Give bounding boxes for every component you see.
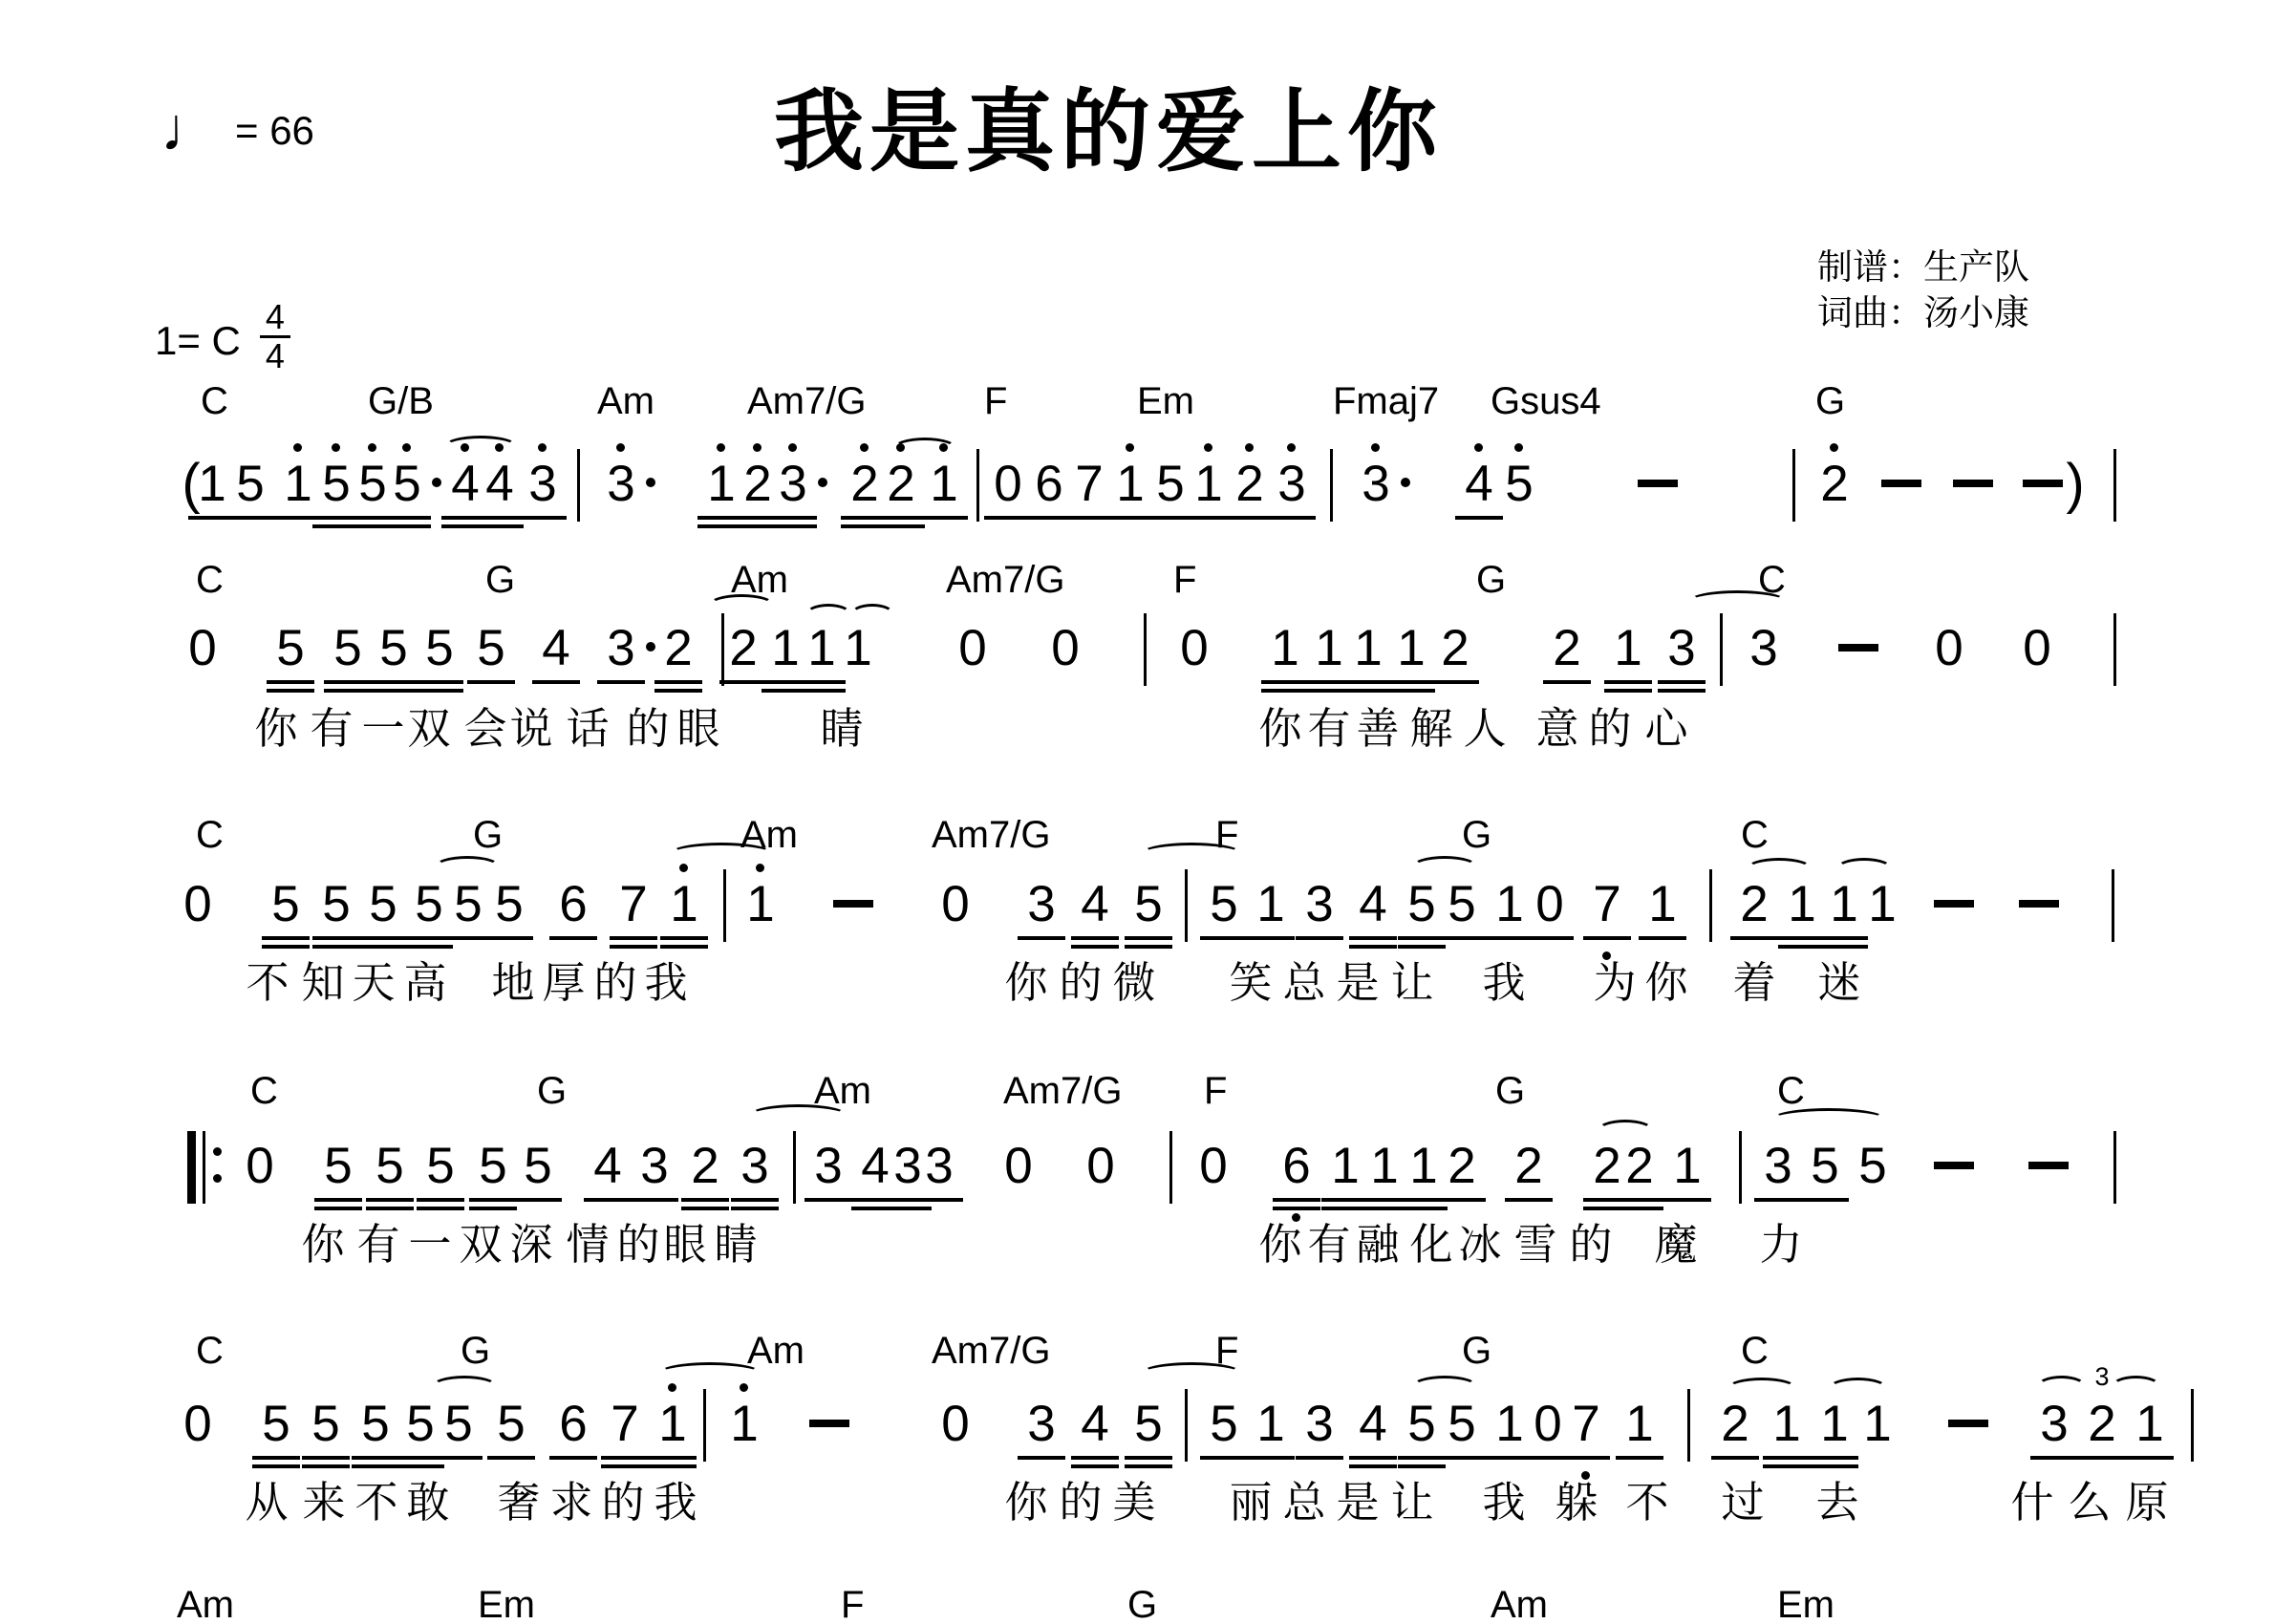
beam-line bbox=[1226, 516, 1274, 520]
lyric-char: 你 bbox=[1258, 694, 1301, 756]
beam-line bbox=[1018, 1456, 1065, 1460]
lyric-char: 微 bbox=[1112, 948, 1155, 1010]
note-token: 3 bbox=[1019, 1397, 1063, 1452]
note-token: 1 bbox=[1488, 877, 1532, 932]
beam-line bbox=[1526, 936, 1574, 940]
note-token: 4 bbox=[1457, 457, 1501, 512]
beam-line bbox=[798, 680, 846, 684]
beam-line bbox=[312, 936, 360, 940]
slur-arc bbox=[805, 604, 851, 625]
beam-line bbox=[1543, 680, 1591, 684]
chord-label: C bbox=[1741, 1330, 1769, 1373]
chord-label: G bbox=[537, 1070, 567, 1113]
time-denominator: 4 bbox=[260, 335, 290, 374]
note-token: 3 bbox=[1298, 1397, 1341, 1452]
chord-label: G bbox=[1127, 1584, 1157, 1624]
octave-dot-high bbox=[860, 443, 869, 452]
note-token: 1 bbox=[1780, 877, 1824, 932]
note-token: 2 bbox=[1713, 1397, 1757, 1452]
barline bbox=[1185, 1389, 1188, 1462]
beam-line bbox=[1071, 936, 1119, 940]
beam-line bbox=[660, 936, 708, 940]
duration-dash bbox=[1934, 900, 1974, 908]
lyric-char: 的 bbox=[1059, 1467, 1102, 1529]
lyric-char: 天 bbox=[352, 948, 395, 1010]
slur-arc bbox=[893, 438, 956, 459]
beam-line bbox=[1763, 1464, 1811, 1468]
beam-line bbox=[1344, 680, 1392, 684]
chord-label: Am bbox=[177, 1584, 234, 1624]
note-token: 0 bbox=[1528, 877, 1572, 932]
lyric-char: 雪 bbox=[1513, 1209, 1556, 1271]
note-token: 1 bbox=[2128, 1397, 2172, 1452]
lyric-char: 的 bbox=[626, 694, 669, 756]
note-token: 1 bbox=[836, 621, 880, 676]
note-token: 5 bbox=[1440, 1397, 1484, 1452]
note-token: 5 bbox=[372, 621, 416, 676]
barline bbox=[793, 1131, 796, 1204]
note-token: 5 bbox=[437, 1397, 481, 1452]
note-token: 4 bbox=[586, 1139, 630, 1194]
lyric-char: 话 bbox=[566, 694, 609, 756]
barline bbox=[1687, 1389, 1690, 1462]
barline bbox=[1330, 449, 1333, 522]
note-token: 2 bbox=[656, 621, 700, 676]
lyric-char: 不 bbox=[1625, 1467, 1668, 1529]
barline bbox=[1792, 449, 1795, 522]
beam-line bbox=[884, 1207, 932, 1210]
slur-arc bbox=[2037, 1376, 2086, 1397]
note-token: 0 bbox=[997, 1139, 1040, 1194]
note-token: 3 bbox=[771, 457, 815, 512]
note-token: 6 bbox=[1275, 1139, 1319, 1194]
barline bbox=[1144, 613, 1147, 686]
beam-line bbox=[549, 936, 597, 940]
note-token: 1 bbox=[739, 877, 783, 932]
chord-label: G bbox=[473, 814, 503, 857]
duration-dash bbox=[2028, 1162, 2069, 1169]
note-token: 5 bbox=[407, 877, 451, 932]
lyric-char: 有 bbox=[356, 1209, 399, 1271]
chord-label: C bbox=[1777, 1070, 1805, 1113]
note-token: 0 bbox=[181, 621, 225, 676]
note-token: 1 bbox=[1389, 621, 1433, 676]
note-token: 4 bbox=[1073, 1397, 1117, 1452]
beam-line bbox=[1438, 1198, 1486, 1202]
chord-label: Am7/G bbox=[946, 559, 1064, 602]
octave-dot-high bbox=[1474, 443, 1483, 452]
lyric-char: 我 bbox=[1482, 1467, 1525, 1529]
chord-label: F bbox=[841, 1584, 864, 1624]
note-token: 5 bbox=[354, 1397, 397, 1452]
note-token: 2 bbox=[879, 457, 923, 512]
beam-line bbox=[532, 680, 580, 684]
lyric-char: 什 bbox=[2010, 1467, 2053, 1529]
barline bbox=[1720, 613, 1723, 686]
chord-label: G/B bbox=[368, 380, 434, 423]
note-token: 5 bbox=[1400, 1397, 1444, 1452]
lyric-char: 善 bbox=[1356, 694, 1399, 756]
lyric-char: 化 bbox=[1409, 1209, 1452, 1271]
slur-arc bbox=[750, 1104, 847, 1125]
lyric-char: 说 bbox=[509, 694, 552, 756]
lyric-char: 融 bbox=[1356, 1209, 1399, 1271]
beam-line bbox=[877, 524, 925, 528]
note-token: 3 bbox=[521, 457, 565, 512]
barline bbox=[577, 449, 580, 522]
quarter-note-icon: ♩ bbox=[161, 95, 222, 163]
beam-line bbox=[1763, 1456, 1811, 1460]
note-token: 3 bbox=[599, 621, 643, 676]
note-token: 0 bbox=[933, 1397, 977, 1452]
beam-line bbox=[1811, 1456, 1858, 1460]
note-token: 5 bbox=[1851, 1139, 1895, 1194]
beam-line bbox=[476, 524, 524, 528]
chord-label: Am bbox=[747, 1330, 804, 1373]
note-token: 3 bbox=[1270, 457, 1314, 512]
tempo-value: = 66 bbox=[235, 108, 314, 153]
lyric-char: 求 bbox=[549, 1467, 592, 1529]
note-token: 0 bbox=[176, 877, 220, 932]
beam-line bbox=[1438, 1456, 1486, 1460]
octave-dot-high bbox=[679, 864, 688, 872]
slur-arc bbox=[1829, 1378, 1887, 1399]
beam-line bbox=[804, 1198, 852, 1202]
barline bbox=[976, 449, 979, 522]
beam-line bbox=[1387, 689, 1435, 693]
beam-line bbox=[1583, 936, 1631, 940]
beam-line bbox=[519, 516, 567, 520]
octave-dot-high bbox=[1514, 443, 1523, 452]
beam-line bbox=[267, 689, 314, 693]
note-token: 5 bbox=[228, 457, 272, 512]
duration-dash bbox=[809, 1420, 849, 1427]
note-token: 1 bbox=[1813, 1397, 1856, 1452]
lyric-char: 知 bbox=[301, 948, 344, 1010]
lyric-char: 丽 bbox=[1229, 1467, 1272, 1529]
beam-line bbox=[1438, 936, 1486, 940]
chord-label: G bbox=[1815, 380, 1845, 423]
beam-line bbox=[370, 680, 418, 684]
note-token: 4 bbox=[1351, 1397, 1395, 1452]
beam-line bbox=[1247, 936, 1295, 940]
slur-arc bbox=[435, 856, 500, 877]
note-token: 0 bbox=[986, 457, 1030, 512]
beam-line bbox=[631, 1198, 678, 1202]
beam-line bbox=[226, 516, 274, 520]
note-token: 5 bbox=[316, 1139, 360, 1194]
note-token: 5 bbox=[471, 1139, 515, 1194]
slur-arc bbox=[1772, 1108, 1885, 1129]
beam-line bbox=[383, 516, 431, 520]
chord-label: Am7/G bbox=[932, 814, 1050, 857]
note-token: 4 bbox=[1073, 877, 1117, 932]
octave-dot-high bbox=[332, 443, 340, 452]
beam-line bbox=[485, 936, 533, 940]
note-token: 0 bbox=[1043, 621, 1087, 676]
lyric-char: 的 bbox=[1588, 694, 1631, 756]
lyric-char: 的 bbox=[616, 1209, 659, 1271]
note-token: 5 bbox=[254, 1397, 298, 1452]
note-token: 2 bbox=[1618, 1139, 1662, 1194]
note-token: 3 bbox=[1756, 1139, 1800, 1194]
beam-line bbox=[302, 1456, 350, 1460]
note-token: 5 bbox=[418, 621, 461, 676]
tuplet-3: 3 bbox=[2094, 1362, 2109, 1392]
lyric-char: 让 bbox=[1390, 948, 1433, 1010]
note-token: 6 bbox=[551, 877, 595, 932]
beam-line bbox=[1431, 680, 1479, 684]
lyric-char: 情 bbox=[566, 1209, 609, 1271]
note-token: 7 bbox=[1067, 457, 1111, 512]
lyric-char: 美 bbox=[1112, 1467, 1155, 1529]
beam-line bbox=[601, 1456, 649, 1460]
beam-line bbox=[877, 516, 925, 520]
lyric-char: 魔 bbox=[1654, 1209, 1697, 1271]
beam-line bbox=[2030, 1456, 2078, 1460]
lyric-char: 我 bbox=[654, 1467, 697, 1529]
octave-dot-high bbox=[293, 443, 302, 452]
note-token: 3 bbox=[599, 457, 643, 512]
beam-line bbox=[1778, 936, 1826, 940]
lyric-char: 是 bbox=[1336, 948, 1379, 1010]
octave-dot-high bbox=[756, 864, 764, 872]
lyric-char: 么 bbox=[2068, 1467, 2111, 1529]
note-token: 1 bbox=[922, 457, 966, 512]
duration-dash bbox=[1638, 480, 1678, 487]
duration-dash bbox=[1948, 1420, 1988, 1427]
lyric-char: 眼 bbox=[663, 1209, 706, 1271]
beam-line bbox=[1247, 1456, 1295, 1460]
lyric-char: 不 bbox=[354, 1467, 397, 1529]
chord-label: Em bbox=[1137, 380, 1194, 423]
lyric-char: 原 bbox=[2125, 1467, 2168, 1529]
note-token: 5 bbox=[368, 1139, 412, 1194]
beam-line bbox=[1349, 1456, 1397, 1460]
beam-line bbox=[417, 1198, 464, 1202]
slur-arc bbox=[671, 843, 772, 864]
lyric-char: 来 bbox=[302, 1467, 345, 1529]
note-token: 5 bbox=[1803, 1139, 1847, 1194]
note-token: 1 bbox=[1641, 877, 1684, 932]
barline bbox=[703, 1389, 706, 1462]
jianpu-sheet: ♩= 66 我是真的爱上你 制谱：生产队 词曲：汤小康 1= C44 CG/BA… bbox=[0, 0, 2274, 1624]
octave-dot-high bbox=[616, 443, 625, 452]
beam-line bbox=[1801, 1198, 1849, 1202]
note-token: 5 bbox=[1126, 877, 1170, 932]
beam-line bbox=[1273, 1198, 1320, 1202]
lyric-char: 力 bbox=[1759, 1209, 1802, 1271]
lyric-char: 深 bbox=[509, 1209, 552, 1271]
chord-label: G bbox=[1462, 814, 1491, 857]
beam-line bbox=[487, 1456, 535, 1460]
beam-line bbox=[1296, 936, 1343, 940]
beam-line bbox=[416, 680, 463, 684]
slur-arc bbox=[850, 604, 894, 625]
page-title: 我是真的爱上你 bbox=[774, 59, 1443, 188]
beam-line bbox=[1663, 1198, 1711, 1202]
chord-label: C bbox=[196, 814, 224, 857]
chord-label: Am bbox=[1491, 1584, 1548, 1624]
beam-line bbox=[267, 680, 314, 684]
beam-line bbox=[252, 1456, 300, 1460]
note-token: 3 bbox=[2032, 1397, 2076, 1452]
slur-arc bbox=[1689, 590, 1786, 611]
chord-label: Em bbox=[478, 1584, 535, 1624]
beam-line bbox=[1639, 936, 1686, 940]
duration-dash bbox=[1953, 480, 1993, 487]
note-token: 0 bbox=[951, 621, 995, 676]
note-token: 1 bbox=[1249, 877, 1293, 932]
note-token: 5 bbox=[268, 621, 312, 676]
beam-line bbox=[2078, 1456, 2126, 1460]
lyric-char: 的 bbox=[593, 948, 636, 1010]
note-token: 1 bbox=[1618, 1397, 1662, 1452]
beam-line bbox=[1658, 689, 1705, 693]
beam-line bbox=[649, 1456, 697, 1460]
credits: 制谱：生产队 词曲：汤小康 bbox=[1817, 245, 2029, 336]
lyric-char: 有 bbox=[1307, 694, 1350, 756]
beam-line bbox=[366, 1198, 414, 1202]
slur-arc bbox=[1598, 1120, 1653, 1141]
lyric-char: 的 bbox=[1569, 1209, 1612, 1271]
note-token: 4 bbox=[534, 621, 578, 676]
beam-line bbox=[435, 1456, 483, 1460]
octave-dot-high bbox=[402, 443, 411, 452]
note-token: 2 bbox=[2080, 1397, 2124, 1452]
beam-line bbox=[383, 524, 431, 528]
lyric-char: 心 bbox=[1644, 694, 1687, 756]
beam-line bbox=[467, 680, 515, 684]
lyric-char: 睛 bbox=[714, 1209, 757, 1271]
beam-line bbox=[1455, 516, 1503, 520]
beam-line bbox=[2126, 1456, 2174, 1460]
chord-label: Em bbox=[1777, 1584, 1834, 1624]
note-token: 5 bbox=[516, 1139, 560, 1194]
note-token: 5 bbox=[304, 1397, 348, 1452]
beam-line bbox=[262, 936, 310, 940]
lyric-char: 双 bbox=[407, 694, 450, 756]
slur-arc bbox=[1142, 843, 1241, 864]
note-token: 3 bbox=[1298, 877, 1341, 932]
beam-line bbox=[314, 1198, 362, 1202]
octave-dot-high bbox=[1204, 443, 1212, 452]
duration-dash bbox=[2019, 900, 2059, 908]
beam-line bbox=[476, 516, 524, 520]
note-token: 2 bbox=[1545, 621, 1589, 676]
beam-line bbox=[1125, 936, 1172, 940]
chord-label: Am7/G bbox=[747, 380, 866, 423]
lyric-char: 一 bbox=[408, 1209, 451, 1271]
chord-label: Am bbox=[597, 380, 654, 423]
lyric-char: 从 bbox=[245, 1467, 288, 1529]
note-token: 2 bbox=[1433, 621, 1477, 676]
octave-dot-high bbox=[538, 443, 547, 452]
note-token: 0 bbox=[1172, 621, 1216, 676]
lyric-char: 你 bbox=[1644, 948, 1687, 1010]
beam-line bbox=[1616, 1198, 1663, 1202]
beam-line bbox=[1387, 680, 1435, 684]
lyric-char: 你 bbox=[1004, 1467, 1047, 1529]
note-token: 1 bbox=[1263, 621, 1307, 676]
octave-dot-high bbox=[717, 443, 725, 452]
note-token: 5 bbox=[446, 877, 490, 932]
beam-line bbox=[1200, 936, 1248, 940]
slur-arc bbox=[444, 436, 517, 457]
octave-dot-high bbox=[368, 443, 376, 452]
note-token: 0 bbox=[2015, 621, 2059, 676]
note-token: 7 bbox=[1564, 1397, 1608, 1452]
chord-label: Gsus4 bbox=[1491, 380, 1601, 423]
note-token: 3 bbox=[917, 1139, 961, 1194]
slur-arc bbox=[1142, 1362, 1241, 1383]
note-token: 1 bbox=[1606, 621, 1650, 676]
beam-line bbox=[681, 1198, 729, 1202]
beam-line bbox=[416, 689, 463, 693]
augmentation-dot bbox=[432, 478, 441, 487]
note-token: 0 bbox=[1927, 621, 1971, 676]
note-token: 1 bbox=[1307, 621, 1351, 676]
octave-dot-high bbox=[1371, 443, 1380, 452]
chord-label: C bbox=[201, 380, 228, 423]
barline bbox=[2191, 1389, 2194, 1462]
beam-line bbox=[1730, 936, 1778, 940]
beam-line bbox=[549, 1456, 597, 1460]
duration-dash bbox=[1934, 1162, 1974, 1169]
note-token: 5 bbox=[1497, 457, 1541, 512]
note-token: 1 bbox=[1665, 1139, 1709, 1194]
slur-arc bbox=[1727, 1378, 1796, 1399]
lyric-char: 高 bbox=[403, 948, 446, 1010]
beam-line bbox=[654, 689, 702, 693]
octave-dot-high bbox=[788, 443, 797, 452]
beam-line bbox=[610, 936, 657, 940]
barline bbox=[1169, 1131, 1172, 1204]
beam-line bbox=[324, 689, 372, 693]
note-token: 0 bbox=[238, 1139, 282, 1194]
lyric-char: 为 bbox=[1593, 948, 1636, 1010]
note-token: 1 bbox=[1108, 457, 1152, 512]
note-token: 2 bbox=[1732, 877, 1776, 932]
note-token: 0 bbox=[933, 877, 977, 932]
key-label: 1= C bbox=[155, 318, 241, 363]
beam-line bbox=[359, 936, 407, 940]
note-token: 3 bbox=[1660, 621, 1704, 676]
beam-line bbox=[1268, 516, 1316, 520]
lyric-char: 双 bbox=[459, 1209, 502, 1271]
beam-line bbox=[1711, 1456, 1759, 1460]
note-token: 7 bbox=[1585, 877, 1629, 932]
beam-line bbox=[1261, 689, 1309, 693]
octave-dot-high bbox=[1830, 443, 1838, 452]
note-token: 1 bbox=[1765, 1397, 1809, 1452]
lyric-char: 意 bbox=[1535, 694, 1578, 756]
credit-writer: 词曲：汤小康 bbox=[1817, 290, 2029, 336]
note-token: 1 bbox=[1860, 877, 1904, 932]
note-token: 3 bbox=[1019, 877, 1063, 932]
lyric-char: 躲 bbox=[1555, 1467, 1598, 1529]
lyric-char: 厚 bbox=[542, 948, 585, 1010]
beam-line bbox=[769, 516, 817, 520]
lyric-char: 地 bbox=[491, 948, 534, 1010]
tempo-marking: ♩= 66 bbox=[161, 94, 314, 164]
lyric-char: 敢 bbox=[406, 1467, 449, 1529]
octave-dot-high bbox=[668, 1383, 676, 1392]
beam-line bbox=[769, 524, 817, 528]
lyric-char: 的 bbox=[601, 1467, 644, 1529]
chord-label: C bbox=[196, 1330, 224, 1373]
note-token: 2 bbox=[1228, 457, 1272, 512]
